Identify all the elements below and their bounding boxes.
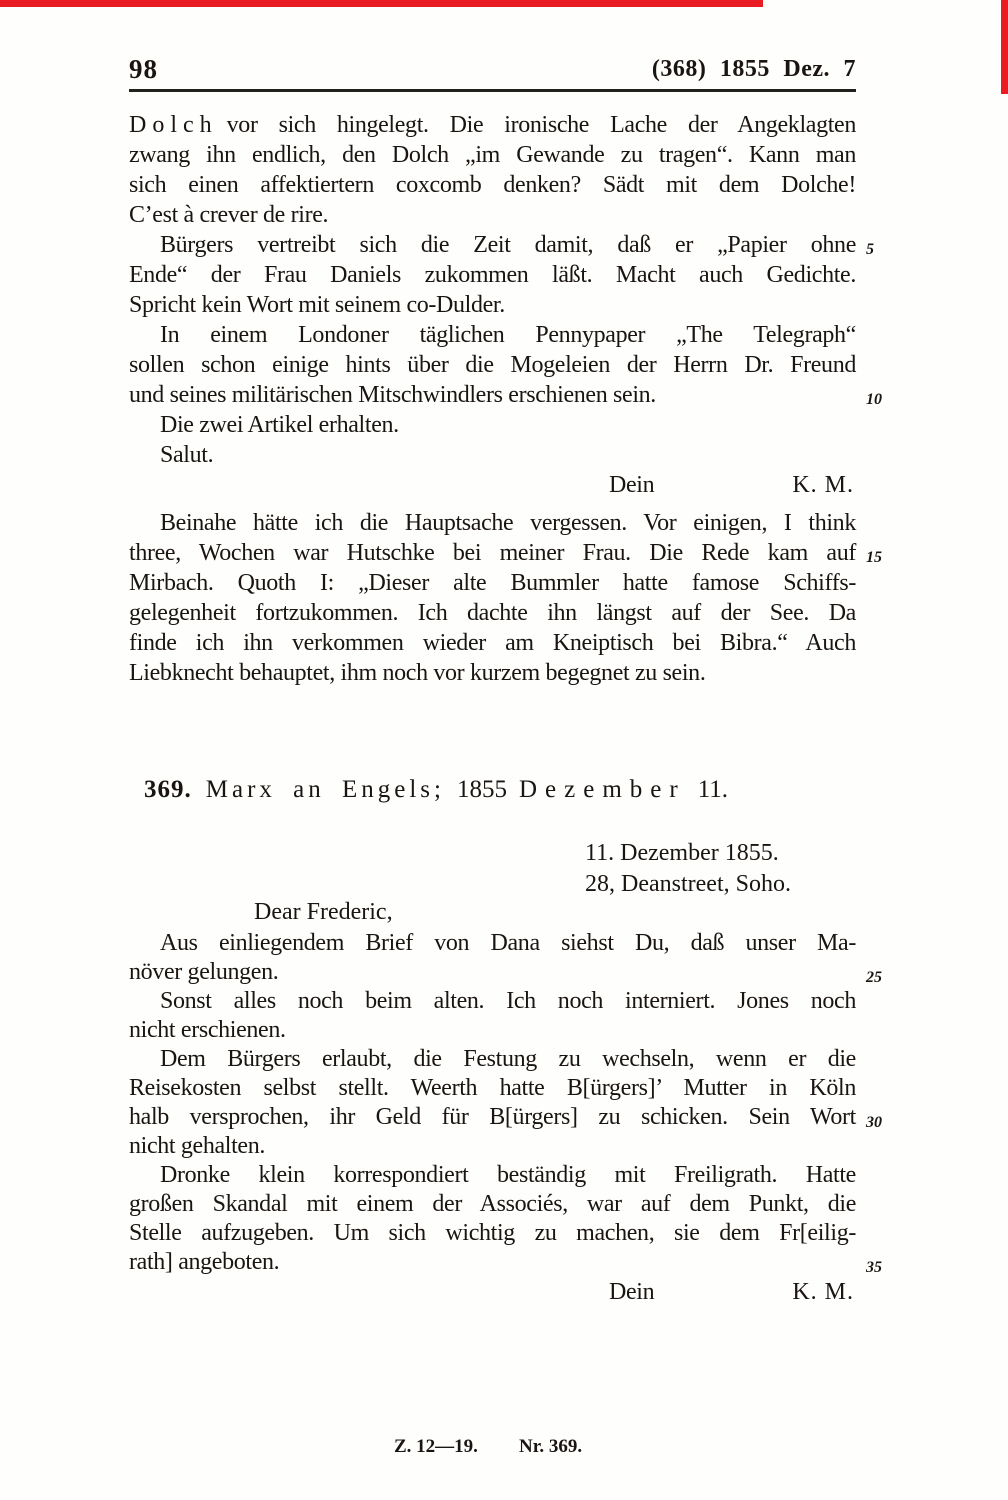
text-line: Mirbach. Quoth I: „Dieser alte Bummler h… [129, 568, 856, 598]
text-line: Dronke klein korrespondiert beständig mi… [129, 1161, 856, 1190]
text-line: großen Skandal mit einem der Associés, w… [129, 1190, 856, 1219]
signature-initials: K. M. [792, 470, 854, 500]
heading-marx-an-engels: Marx an Engels; [206, 776, 445, 803]
text-line: Ende“ der Frau Daniels zukommen läßt. Ma… [129, 260, 856, 290]
letter-368-postscript: Beinahe hätte ich die Hauptsache vergess… [129, 508, 856, 688]
signature-row: Dein K. M. [129, 470, 856, 500]
header-rule [129, 89, 856, 92]
text-line: rath] angeboten. 35 [129, 1248, 856, 1277]
text-line: növer gelungen. 25 [129, 958, 856, 987]
letter-number: 369. [144, 776, 192, 803]
text-line: Spricht kein Wort mit seinem co-Dulder. [129, 290, 856, 320]
margin-line-number-35: 35 [866, 1253, 882, 1282]
text-line: nicht erschienen. [129, 1016, 856, 1045]
text-line: Bürgers vertreibt sich die Zeit damit, d… [129, 230, 856, 260]
address-line: 28, Deanstreet, Soho. [585, 869, 856, 900]
date-line: 11. Dezember 1855. [585, 838, 856, 869]
text-line: Die zwei Artikel erhalten. [129, 410, 856, 440]
text-line: Dem Bürgers erlaubt, die Festung zu wech… [129, 1045, 856, 1074]
text-line: three, Wochen war Hutschke bei meiner Fr… [129, 538, 856, 568]
text-line: nicht gehalten. [129, 1132, 856, 1161]
text-line: Liebknecht behauptet, ihm noch vor kurze… [129, 658, 856, 688]
text-line: Dolchvor sich hingelegt. Die ironische L… [129, 110, 856, 140]
text-line: Salut. [129, 440, 856, 470]
spaced-word-dolch: Dolch [129, 112, 218, 138]
heading-year: 1855 [457, 776, 507, 803]
text-line-content: növer gelungen. [129, 959, 278, 985]
signature-initials: K. M. [792, 1277, 854, 1307]
text-line: In einem Londoner täglichen Pennypaper „… [129, 320, 856, 350]
signature-dein: Dein [609, 470, 654, 500]
text-line: finde ich ihn verkommen wieder am Kneipt… [129, 628, 856, 658]
text-line: C’est à crever de rire. [129, 200, 856, 230]
text-line: Sonst alles noch beim alten. Ich noch in… [129, 987, 856, 1016]
heading-month: Dezember [519, 776, 686, 803]
footer-line-reference: Z. 12—19. [394, 1436, 478, 1458]
text-line: Stelle aufzugeben. Um sich wichtig zu ma… [129, 1219, 856, 1248]
footer-letter-number: Nr. 369. [519, 1436, 582, 1458]
text-line-content: three, Wochen war Hutschke bei meiner Fr… [129, 540, 856, 566]
margin-line-number-10: 10 [866, 385, 882, 415]
letter-369-dateline: 11. Dezember 1855. 28, Deanstreet, Soho. [585, 838, 856, 900]
signature-dein: Dein [609, 1277, 654, 1307]
signature-row: Dein K. M. [129, 1277, 856, 1307]
text-line-content: und seines militärischen Mitschwindlers … [129, 382, 656, 408]
margin-line-number-30: 30 [866, 1108, 882, 1137]
letter-369-body: Aus einliegendem Brief von Dana siehst D… [129, 929, 856, 1307]
text-line-content: rath] angeboten. [129, 1249, 279, 1275]
letter-368-body: Dolchvor sich hingelegt. Die ironische L… [129, 110, 856, 500]
text-line: zwang ihn endlich, den Dolch „im Gewande… [129, 140, 856, 170]
text-line-content: halb versprochen, ihr Geld für B[ürgers]… [129, 1104, 856, 1130]
salutation: Dear Frederic, [129, 897, 981, 927]
text-line: halb versprochen, ihr Geld für B[ürgers]… [129, 1103, 856, 1132]
page-header: 98 (368) 1855 Dez. 7 [129, 54, 856, 90]
header-letter-date: (368) 1855 Dez. 7 [652, 56, 856, 83]
margin-line-number-5: 5 [866, 235, 874, 265]
text-line: und seines militärischen Mitschwindlers … [129, 380, 856, 410]
page-number: 98 [129, 54, 158, 85]
text-line-content: Bürgers vertreibt sich die Zeit damit, d… [160, 232, 856, 258]
margin-line-number-25: 25 [866, 963, 882, 992]
page-footer: Z. 12—19. Nr. 369. [129, 1436, 856, 1462]
scan-mark-right [1001, 0, 1008, 94]
text-line: gelegenheit fortzukommen. Ich dachte ihn… [129, 598, 856, 628]
scanned-book-page: 98 (368) 1855 Dez. 7 Dolchvor sich hinge… [0, 0, 1008, 1500]
margin-line-number-15: 15 [866, 543, 882, 573]
text-line: Aus einliegendem Brief von Dana siehst D… [129, 929, 856, 958]
text-line: sich einen affektiertern coxcomb denken?… [129, 170, 856, 200]
text-line: Reisekosten selbst stellt. Weerth hatte … [129, 1074, 856, 1103]
letter-369-heading: 369.Marx an Engels;1855Dezember11. [129, 776, 871, 808]
text-line: sollen schon einige hints über die Mogel… [129, 350, 856, 380]
heading-day: 11. [698, 776, 728, 803]
text-line: Beinahe hätte ich die Hauptsache vergess… [129, 508, 856, 538]
text-line-rest: vor sich hingelegt. Die ironische Lache … [227, 112, 856, 138]
scan-mark-top [0, 0, 763, 7]
